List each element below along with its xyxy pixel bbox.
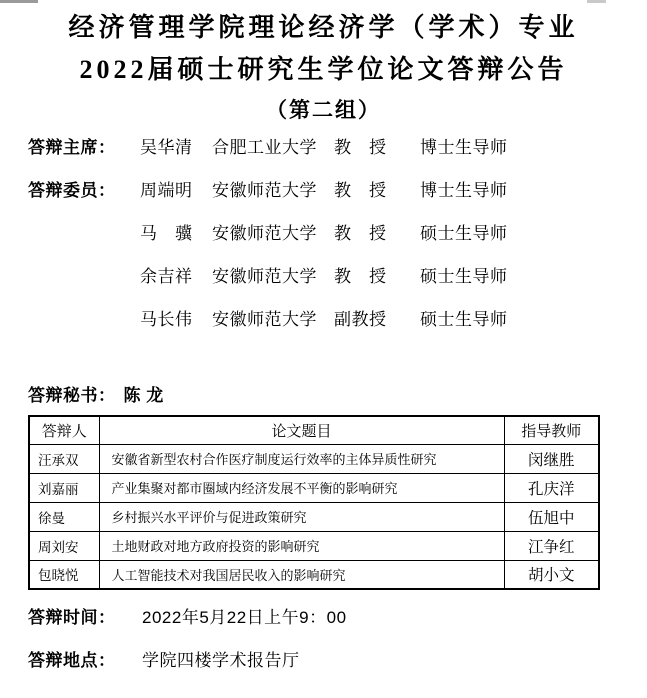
committee-member-supervisor-type: 博士生导师 [420,176,647,201]
table-row: 徐曼 乡村振兴水平评价与促进政策研究 伍旭中 [29,502,599,531]
group-subtitle: （第二组） [0,98,647,122]
committee-member-name: 余吉祥 [140,262,212,287]
page-title-line2: 2022届硕士研究生学位论文答辩公告 [0,55,647,85]
advisor-name: 闵继胜 [504,444,599,473]
committee-member-title: 教 授 [334,219,420,244]
thesis-title: 产业集聚对都市圈域内经济发展不平衡的影响研究 [99,473,504,502]
committee-member-university: 安徽师范大学 [212,219,334,244]
committee-role-label: 答辩委员： [28,176,140,201]
col-header-advisor: 指导教师 [504,416,599,444]
secretary-row: 答辩秘书： 陈 龙 [0,382,647,404]
advisor-name: 孔庆洋 [504,473,599,502]
committee-member-supervisor-type: 硕士生导师 [420,262,647,287]
secretary-name: 陈 龙 [124,381,164,406]
table-row: 刘嘉丽 产业集聚对都市圈域内经济发展不平衡的影响研究 孔庆洋 [29,473,599,502]
defense-place-row: 答辩地点： 学院四楼学术报告厅 [0,646,647,668]
committee-row-member: 马长伟 安徽师范大学 副教授 硕士生导师 [0,296,647,339]
committee-member-title: 教 授 [334,133,420,158]
candidate-name: 徐曼 [29,502,99,531]
committee-member-name: 周端明 [140,176,212,201]
title-block: 经济管理学院理论经济学（学术）专业 2022届硕士研究生学位论文答辩公告 （第二… [0,0,647,122]
table-row: 汪承双 安徽省新型农村合作医疗制度运行效率的主体异质性研究 闵继胜 [29,444,599,473]
committee-member-title: 副教授 [334,305,420,330]
candidate-name: 刘嘉丽 [29,473,99,502]
col-header-thesis-title: 论文题目 [99,416,504,444]
candidate-name: 汪承双 [29,444,99,473]
page-title-line1: 经济管理学院理论经济学（学术）专业 [0,13,647,43]
thesis-title: 乡村振兴水平评价与促进政策研究 [99,502,504,531]
committee-row-member: 答辩委员： 周端明 安徽师范大学 教 授 博士生导师 [0,167,647,210]
table-row: 包晓悦 人工智能技术对我国居民收入的影响研究 胡小文 [29,560,599,589]
page-edge-artifact-left [0,0,38,3]
defense-time-value: 2022年5月22日上午9：00 [142,603,647,628]
thesis-title: 土地财政对地方政府投资的影响研究 [99,531,504,560]
committee-member-university: 合肥工业大学 [212,133,334,158]
candidate-name: 包晓悦 [29,560,99,589]
committee-section: 答辩主席： 吴华清 合肥工业大学 教 授 博士生导师 答辩委员： 周端明 安徽师… [0,124,647,339]
committee-member-university: 安徽师范大学 [212,176,334,201]
col-header-candidate: 答辩人 [29,416,99,444]
committee-member-name: 马 骥 [140,219,212,244]
committee-member-name: 马长伟 [140,305,212,330]
defense-candidates-table: 答辩人 论文题目 指导教师 汪承双 安徽省新型农村合作医疗制度运行效率的主体异质… [28,415,600,590]
secretary-label: 答辩秘书： [28,381,116,406]
committee-row-member: 马 骥 安徽师范大学 教 授 硕士生导师 [0,210,647,253]
committee-member-name: 吴华清 [140,133,212,158]
committee-row-chair: 答辩主席： 吴华清 合肥工业大学 教 授 博士生导师 [0,124,647,167]
table-header-row: 答辩人 论文题目 指导教师 [29,416,599,444]
committee-row-member: 余吉祥 安徽师范大学 教 授 硕士生导师 [0,253,647,296]
committee-member-supervisor-type: 博士生导师 [420,133,647,158]
committee-member-supervisor-type: 硕士生导师 [420,219,647,244]
committee-member-supervisor-type: 硕士生导师 [420,305,647,330]
defense-time-row: 答辩时间： 2022年5月22日上午9：00 [0,603,647,625]
advisor-name: 伍旭中 [504,502,599,531]
defense-place-value: 学院四楼学术报告厅 [142,646,647,671]
thesis-title: 安徽省新型农村合作医疗制度运行效率的主体异质性研究 [99,444,504,473]
table-row: 周刘安 土地财政对地方政府投资的影响研究 江争红 [29,531,599,560]
candidate-name: 周刘安 [29,531,99,560]
page-edge-artifact-right [587,0,606,3]
defense-announcement-page: 经济管理学院理论经济学（学术）专业 2022届硕士研究生学位论文答辩公告 （第二… [0,0,647,698]
defense-time-label: 答辩时间： [28,603,142,628]
committee-member-university: 安徽师范大学 [212,305,334,330]
committee-member-title: 教 授 [334,176,420,201]
committee-role-label: 答辩主席： [28,133,140,158]
thesis-title: 人工智能技术对我国居民收入的影响研究 [99,560,504,589]
committee-member-university: 安徽师范大学 [212,262,334,287]
defense-place-label: 答辩地点： [28,646,142,671]
advisor-name: 江争红 [504,531,599,560]
committee-member-title: 教 授 [334,262,420,287]
advisor-name: 胡小文 [504,560,599,589]
